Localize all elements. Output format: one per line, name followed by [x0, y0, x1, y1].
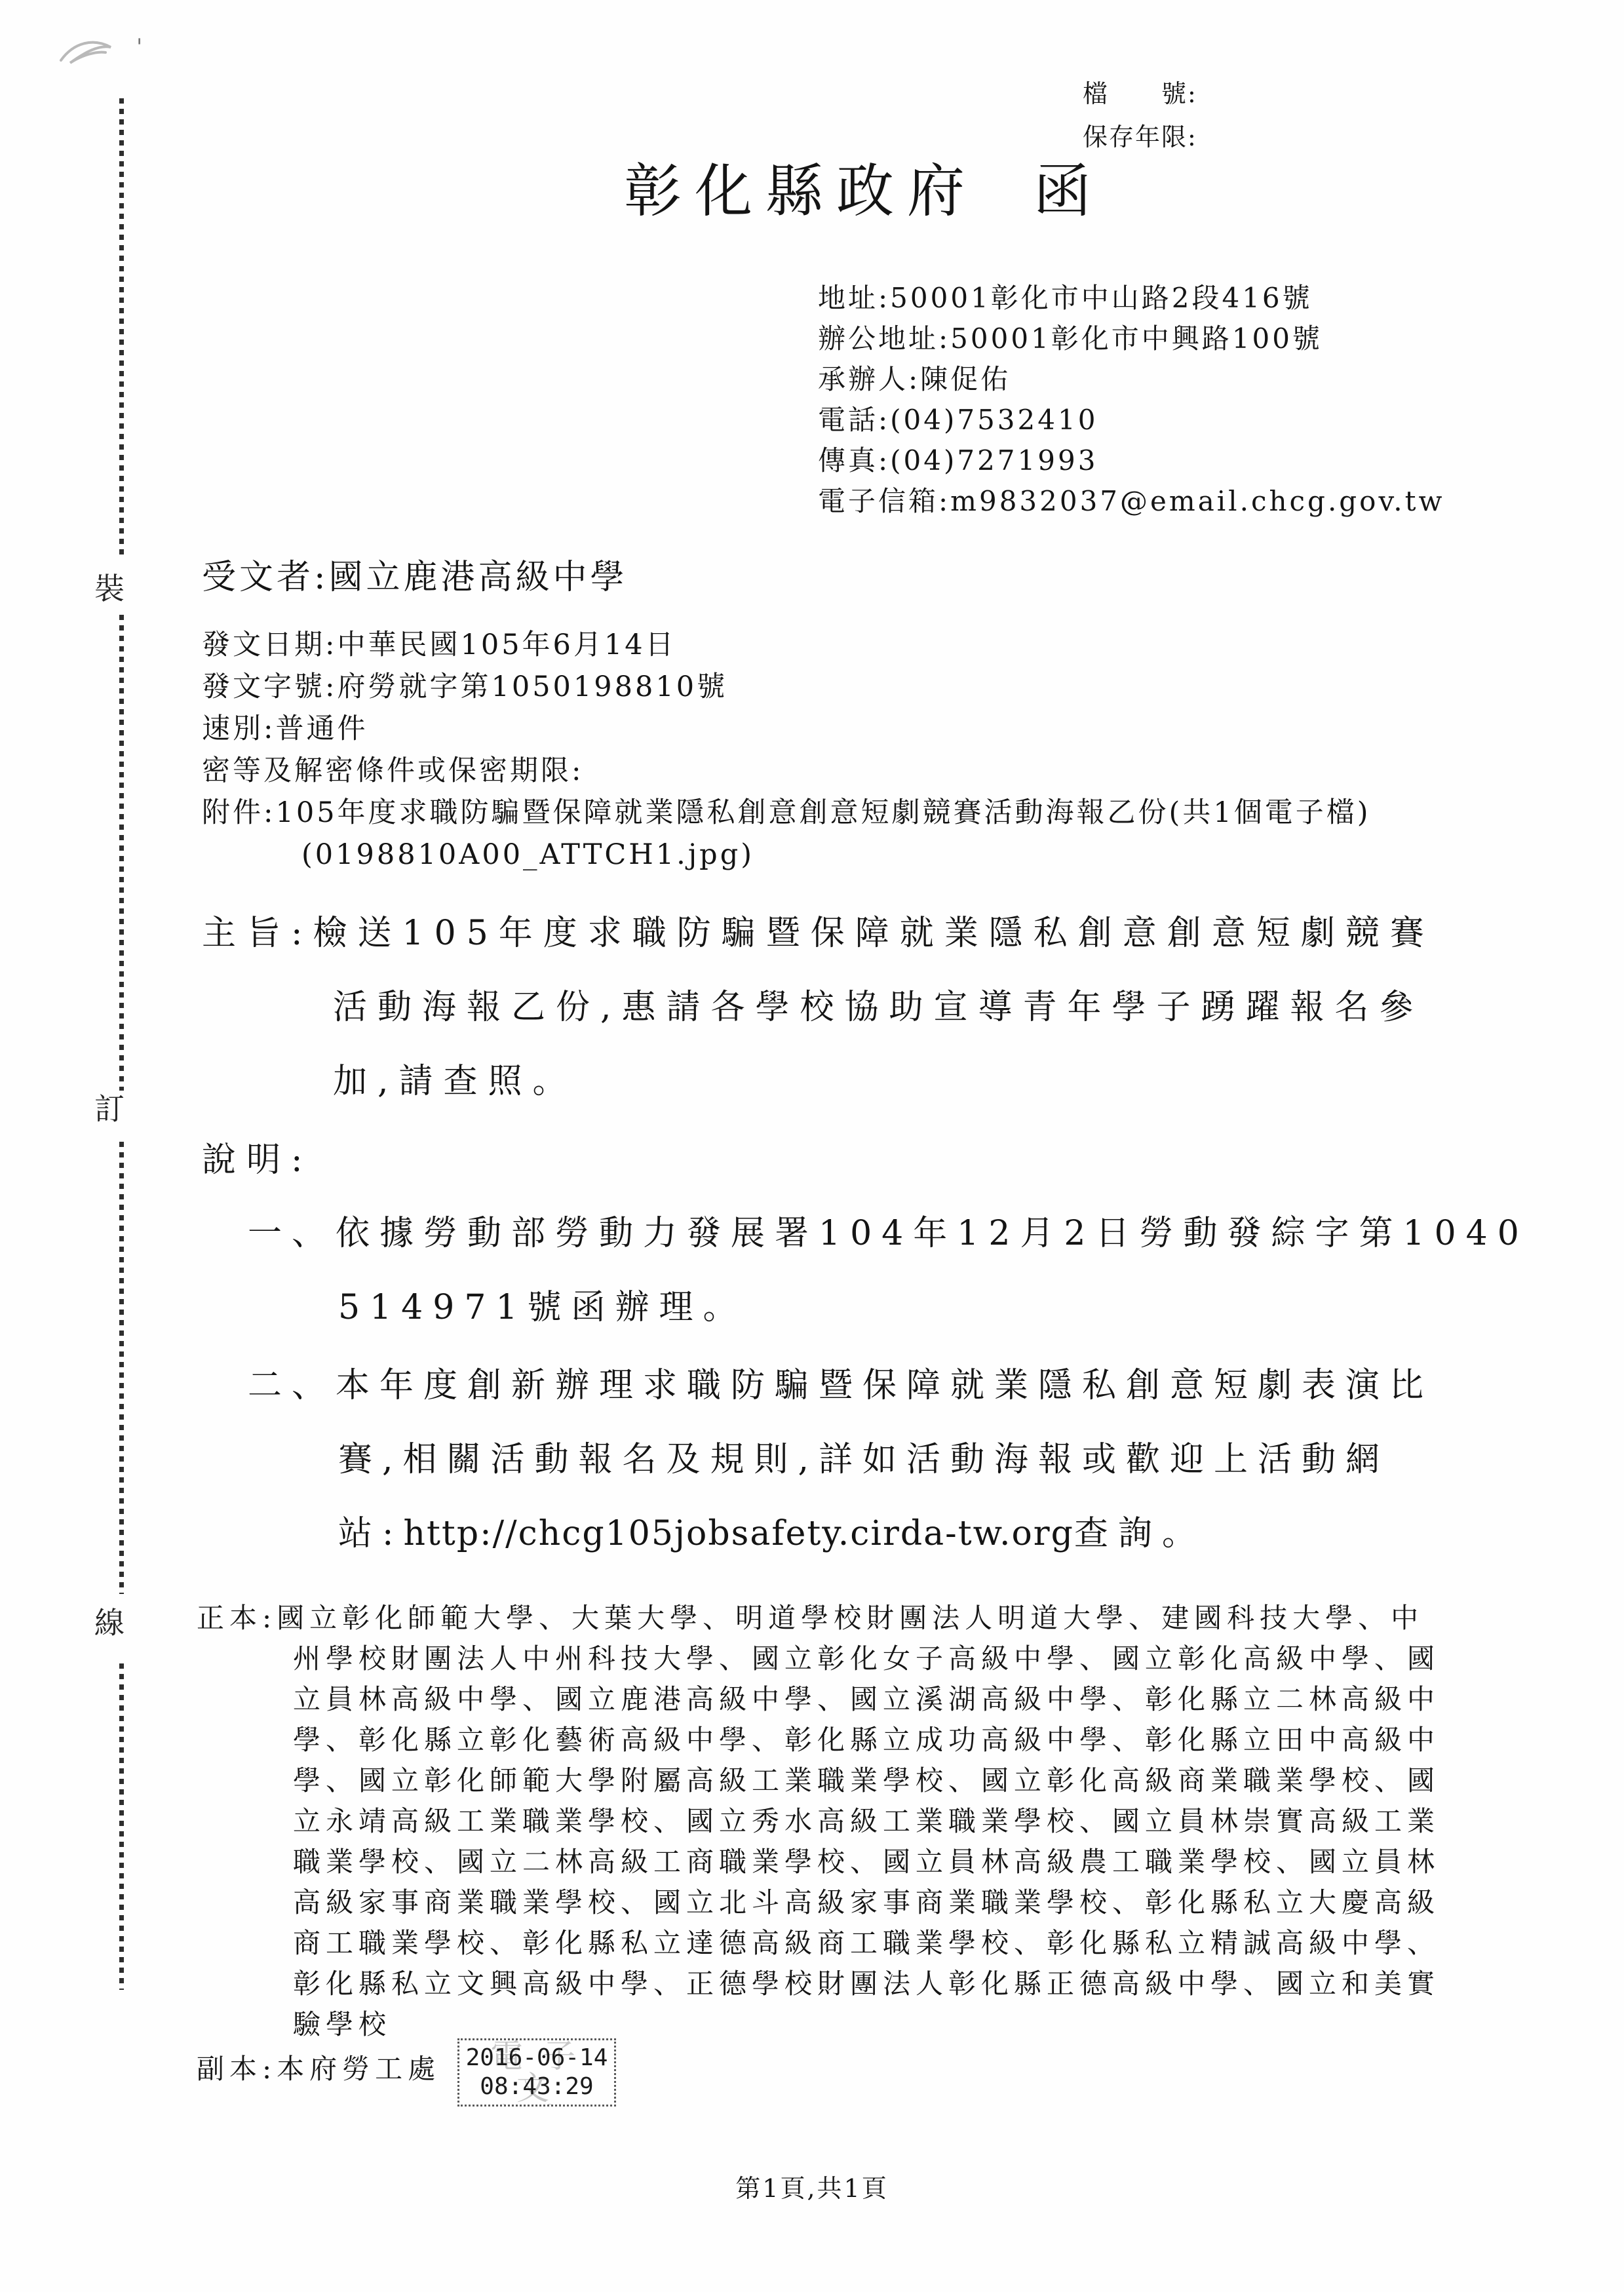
- scan-artifact-scribble: [56, 33, 147, 79]
- file-info-block: 檔 號: 保存年限:: [1083, 72, 1197, 159]
- description-item-1: 一、依據勞動部勞動力發展署104年12月2日勞動發綜字第1040 514971號…: [248, 1197, 1529, 1345]
- subject-line: 活動海報乙份,惠請各學校協助宣導青年學子踴躍報名參: [202, 971, 1435, 1045]
- contact-address: 地址:50001彰化市中山路2段416號: [818, 278, 1444, 319]
- description-item-2: 二、本年度創新辦理求職防騙暨保障就業隱私創意短劇表演比 賽,相關活動報名及規則,…: [248, 1349, 1433, 1571]
- activity-website-url: http://chcg105jobsafety.cirda-tw.org: [404, 1514, 1074, 1553]
- doc-number-line: 發文字號:府勞就字第1050198810號: [202, 666, 1370, 708]
- page-number-footer: 第1頁,共1頁: [0, 2168, 1624, 2204]
- original-copy-line: 學、國立彰化師範大學附屬高級工業職業學校、國立彰化高級商業職業學校、國: [197, 1760, 1440, 1801]
- description-item-line: 514971號函辦理。: [248, 1271, 1529, 1345]
- scan-artifact-tick: ': [136, 34, 142, 60]
- description-item-line: 賽,相關活動報名及規則,詳如活動海報或歡迎上活動網: [248, 1423, 1433, 1497]
- document-page: ' 裝 訂 線 檔 號: 保存年限: 彰化縣政府函 地址:50001彰化市中山路…: [0, 0, 1624, 2292]
- url-suffix: 查詢。: [1074, 1514, 1206, 1553]
- file-number-label: 檔 號:: [1083, 72, 1197, 115]
- contact-person: 承辦人:陳促佑: [818, 359, 1444, 400]
- binding-label-ding: 訂: [94, 1085, 125, 1129]
- speed-class-line: 速別:普通件: [202, 708, 1370, 750]
- original-copy-line: 學、彰化縣立彰化藝術高級中學、彰化縣立成功高級中學、彰化縣立田中高級中: [197, 1720, 1440, 1760]
- agency-name: 彰化縣政府: [624, 157, 978, 225]
- document-title: 彰化縣政府函: [624, 160, 1104, 223]
- stamp-date: 2016-06-14: [459, 2044, 614, 2072]
- attachment-filename: (0198810A00_ATTCH1.jpg): [202, 834, 1370, 876]
- original-copy-line: 立員林高級中學、國立鹿港高級中學、國立溪湖高級中學、彰化縣立二林高級中: [197, 1679, 1440, 1720]
- electronic-exchange-stamp: 電子文 交換章 2016-06-14 08:43:29: [457, 2038, 616, 2107]
- recipient-line: 受文者:國立鹿港高級中學: [202, 549, 628, 598]
- original-copy-line: 商工職業學校、彰化縣私立達德高級商工職業學校、彰化縣私立精誠高級中學、: [197, 1923, 1440, 1964]
- original-copy-line: 州學校財團法人中州科技大學、國立彰化女子高級中學、國立彰化高級中學、國: [197, 1639, 1440, 1679]
- binding-dashed-line-segment: [119, 98, 124, 557]
- stamp-datetime: 2016-06-14 08:43:29: [459, 2040, 614, 2101]
- description-label: 說明:: [202, 1140, 313, 1180]
- retention-period-label: 保存年限:: [1083, 115, 1197, 159]
- contact-email: 電子信箱:m9832037@email.chcg.gov.tw: [818, 481, 1444, 522]
- security-class-line: 密等及解密條件或保密期限:: [202, 750, 1370, 792]
- stamp-time: 08:43:29: [459, 2072, 614, 2101]
- description-item-line: 一、依據勞動部勞動力發展署104年12月2日勞動發綜字第1040: [248, 1197, 1529, 1271]
- original-copy-list: 正本:國立彰化師範大學、大葉大學、明道學校財團法人明道大學、建國科技大學、中 州…: [197, 1598, 1440, 2045]
- subject-block: 主旨:檢送105年度求職防騙暨保障就業隱私創意創意短劇競賽 活動海報乙份,惠請各…: [202, 897, 1435, 1119]
- description-item-line: 站:http://chcg105jobsafety.cirda-tw.org查詢…: [248, 1497, 1433, 1571]
- original-copy-line: 正本:國立彰化師範大學、大葉大學、明道學校財團法人明道大學、建國科技大學、中: [197, 1598, 1440, 1639]
- cc-copy-line: 副本:本府勞工處: [197, 2048, 440, 2087]
- issue-date-line: 發文日期:中華民國105年6月14日: [202, 624, 1370, 666]
- binding-label-zhuang: 裝: [94, 565, 125, 608]
- contact-fax: 傳真:(04)7271993: [818, 440, 1444, 481]
- original-copy-line: 職業學校、國立二林高級工商職業學校、國立員林高級農工職業學校、國立員林: [197, 1842, 1440, 1882]
- attachment-line: 附件:105年度求職防騙暨保障就業隱私創意創意短劇競賽活動海報乙份(共1個電子檔…: [202, 792, 1370, 834]
- description-item-line: 二、本年度創新辦理求職防騙暨保障就業隱私創意短劇表演比: [248, 1349, 1433, 1423]
- url-prefix: 站:: [338, 1514, 404, 1553]
- original-copy-line: 驗學校: [197, 2004, 1440, 2045]
- contact-phone: 電話:(04)7532410: [818, 400, 1444, 440]
- binding-dashed-line-segment: [119, 1663, 124, 1990]
- doc-meta-block: 發文日期:中華民國105年6月14日 發文字號:府勞就字第1050198810號…: [202, 624, 1370, 876]
- contact-info-block: 地址:50001彰化市中山路2段416號 辦公地址:50001彰化市中興路100…: [818, 278, 1444, 522]
- contact-office-address: 辦公地址:50001彰化市中興路100號: [818, 319, 1444, 359]
- binding-dashed-line-segment: [119, 615, 124, 1091]
- original-copy-line: 立永靖高級工業職業學校、國立秀水高級工業職業學校、國立員林崇實高級工業: [197, 1801, 1440, 1842]
- binding-label-xian: 線: [94, 1599, 125, 1642]
- subject-line: 主旨:檢送105年度求職防騙暨保障就業隱私創意創意短劇競賽: [202, 897, 1435, 971]
- original-copy-line: 彰化縣私立文興高級中學、正德學校財團法人彰化縣正德高級中學、國立和美實: [197, 1964, 1440, 2004]
- subject-line: 加,請查照。: [202, 1045, 1435, 1119]
- doc-type-label: 函: [1034, 157, 1104, 225]
- binding-dashed-line-segment: [119, 1142, 124, 1594]
- original-copy-line: 高級家事商業職業學校、國立北斗高級家事商業職業學校、彰化縣私立大慶高級: [197, 1882, 1440, 1923]
